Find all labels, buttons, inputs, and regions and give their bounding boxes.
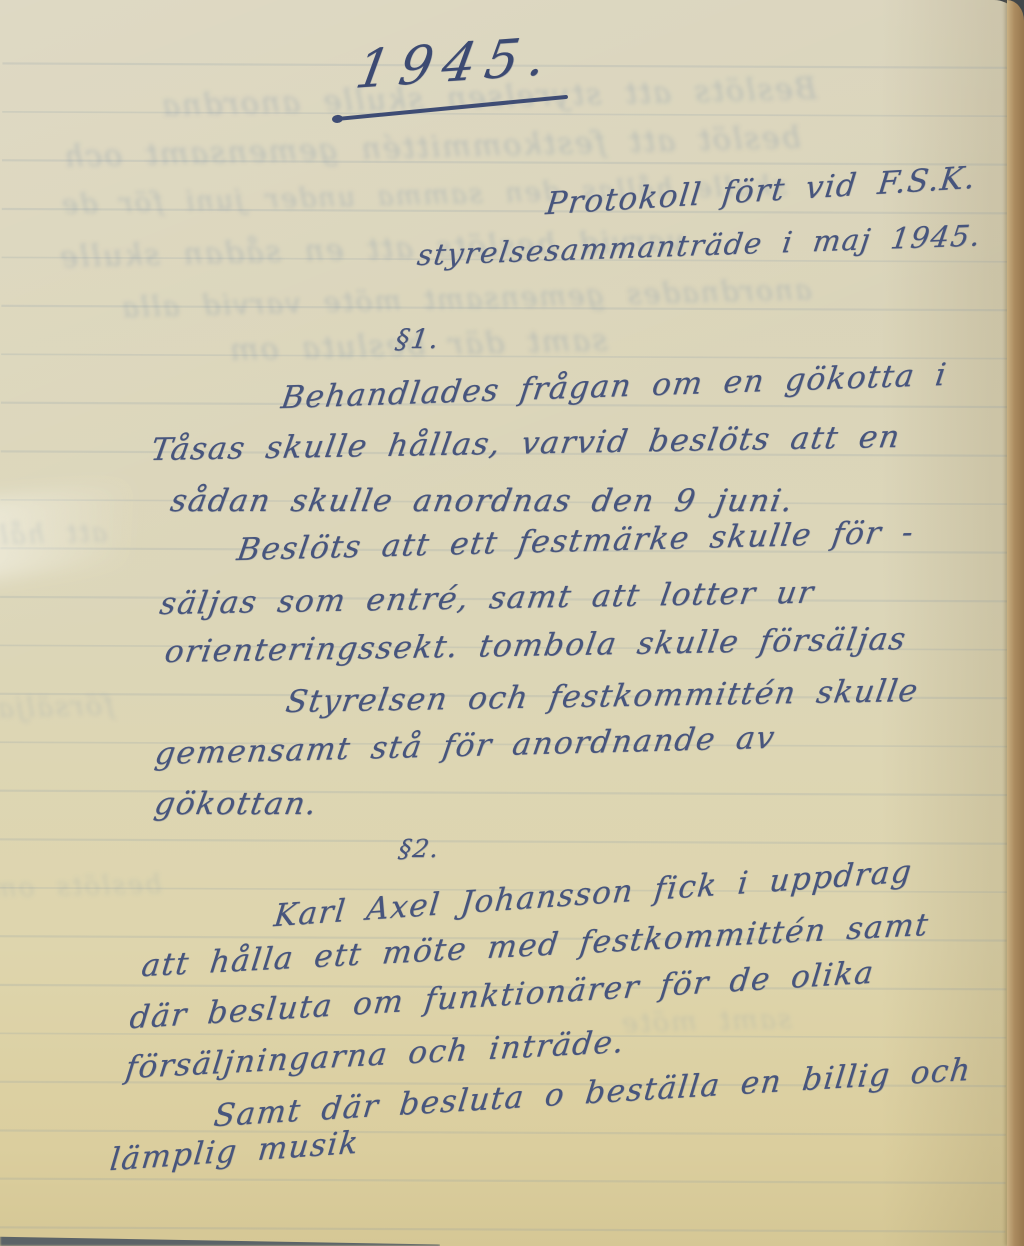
bleed-through-text: försäljas (0, 690, 114, 724)
handwritten-line: sådan skulle anordnas den 9 juni. (168, 483, 797, 519)
section-1-mark: §1. (394, 324, 442, 355)
notebook-page-photo: Beslöts att styrelsen skulle anordna bes… (0, 0, 1024, 1246)
bleed-through-text: beslöts om (0, 870, 162, 904)
bleed-through-text: samt möte (620, 1004, 792, 1039)
section-2-mark: §2. (397, 834, 442, 863)
handwritten-line: gökottan. (152, 786, 321, 822)
page-edge (1007, 0, 1024, 1246)
paper: Beslöts att styrelsen skulle anordna bes… (0, 0, 1024, 1246)
bleed-through-text: att hålla (0, 518, 107, 552)
